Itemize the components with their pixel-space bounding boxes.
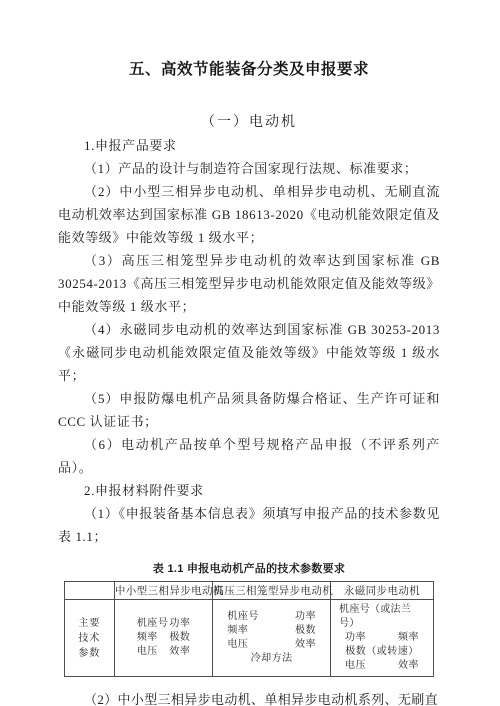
table-corner-cell — [65, 582, 115, 600]
paragraph: （1）《申报装备基本信息表》须填写申报产品的技术参数见表 1.1； — [58, 502, 440, 548]
table-row-label: 主要技术参数 — [65, 600, 115, 677]
parameters-table: 中小型三相异步电动机高压三相笼型异步电动机永磁同步电动机 主要技术参数机座号功率… — [64, 581, 434, 677]
paragraph: （3）高压三相笼型异步电动机的效率达到国家标准 GB 30254-2013《高压… — [58, 249, 440, 318]
paragraph: （1）产品的设计与制造符合国家现行法规、标准要求； — [58, 157, 440, 180]
paragraph: 2.申报材料附件要求 — [58, 479, 440, 502]
body-paragraphs: 1.申报产品要求（1）产品的设计与制造符合国家现行法规、标准要求；（2）中小型三… — [58, 134, 440, 548]
section-heading: （一）电动机 — [58, 112, 440, 134]
document-page: 五、高效节能装备分类及申报要求 （一）电动机 1.申报产品要求（1）产品的设计与… — [0, 0, 500, 706]
table-caption: 表 1.1 申报电动机产品的技术参数要求 — [58, 562, 440, 577]
table-header-row: 中小型三相异步电动机高压三相笼型异步电动机永磁同步电动机 — [65, 582, 434, 600]
paragraph: 1.申报产品要求 — [58, 134, 440, 157]
table-body-row: 主要技术参数机座号功率频率极数电压效率机座号功率频率极数电压效率冷却方法机座号（… — [65, 600, 434, 677]
paragraph: （4）永磁同步电动机的效率达到国家标准 GB 30253-2013《永磁同步电动… — [58, 318, 440, 387]
closing-paragraph: （2）中小型三相异步电动机、单相异步电动机系列、无刷直 — [58, 688, 440, 706]
table-parameter-cell: 机座号功率频率极数电压效率冷却方法 — [213, 600, 331, 677]
table-parameter-cell: 机座号（或法兰号）功率频率极数（或转速）电压效率 — [331, 600, 434, 677]
page-title: 五、高效节能装备分类及申报要求 — [58, 58, 440, 82]
paragraph: （2）中小型三相异步电动机、单相异步电动机、无刷直流电动机效率达到国家标准 GB… — [58, 180, 440, 249]
table-column-header: 永磁同步电动机 — [331, 582, 434, 600]
table-column-header: 中小型三相异步电动机 — [114, 582, 213, 600]
paragraph: （6）电动机产品按单个型号规格产品申报（不评系列产品）。 — [58, 433, 440, 479]
table-parameter-cell: 机座号功率频率极数电压效率 — [114, 600, 213, 677]
paragraph: （5）申报防爆电机产品须具备防爆合格证、生产许可证和 CCC 认证证书； — [58, 387, 440, 433]
table-column-header: 高压三相笼型异步电动机 — [213, 582, 331, 600]
